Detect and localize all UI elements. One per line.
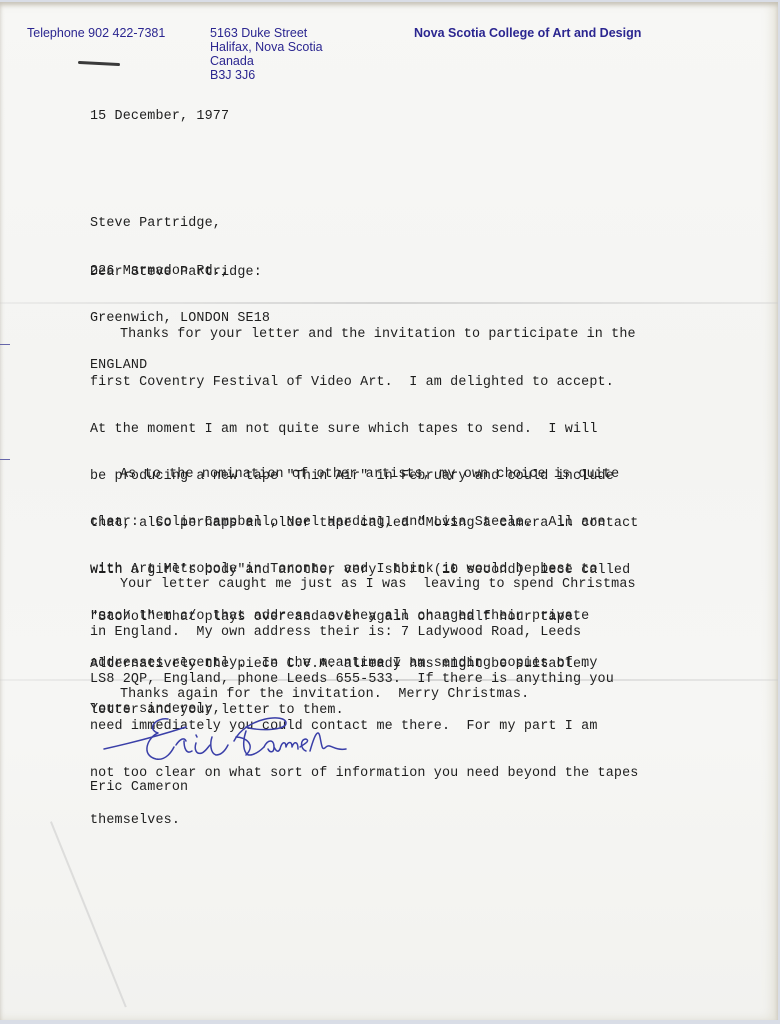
address-line: B3J 3J6 <box>210 68 323 82</box>
paragraph-line: clear: Colin Campbell, Noel Harding, and… <box>90 515 619 531</box>
handwritten-signature <box>96 707 386 777</box>
paragraph-line: in England. My own address their is: 7 L… <box>90 625 638 641</box>
letterhead-telephone: Telephone 902 422-7381 <box>27 26 165 40</box>
margin-mark <box>0 459 10 460</box>
paragraph-line: first Coventry Festival of Video Art. I … <box>90 375 638 391</box>
salutation: Dear Steve Partridge: <box>90 265 262 281</box>
paragraph-line: Thanks for your letter and the invitatio… <box>90 327 638 343</box>
letterhead-address: 5163 Duke Street Halifax, Nova Scotia Ca… <box>210 26 323 82</box>
address-line: Canada <box>210 54 323 68</box>
signatory-name: Eric Cameron <box>90 780 188 796</box>
paragraph-line: At the moment I am not quite sure which … <box>90 422 638 438</box>
paragraph-line: Thanks again for the invitation. Merry C… <box>90 687 529 703</box>
letter-date: 15 December, 1977 <box>90 109 229 125</box>
letterhead-institution: Nova Scotia College of Art and Design <box>414 26 641 40</box>
margin-mark <box>0 344 10 345</box>
paragraph-line: As to the nomination of other artists, m… <box>90 467 619 483</box>
staple-mark <box>78 61 120 66</box>
letter-page: Telephone 902 422-7381 5163 Duke Street … <box>0 2 778 1020</box>
paragraph-line: themselves. <box>90 813 638 829</box>
recipient-line: Steve Partridge, <box>90 216 270 232</box>
address-line: Halifax, Nova Scotia <box>210 40 323 54</box>
paragraph-line: Your letter caught me just as I was leav… <box>90 577 638 593</box>
address-line: 5163 Duke Street <box>210 26 323 40</box>
